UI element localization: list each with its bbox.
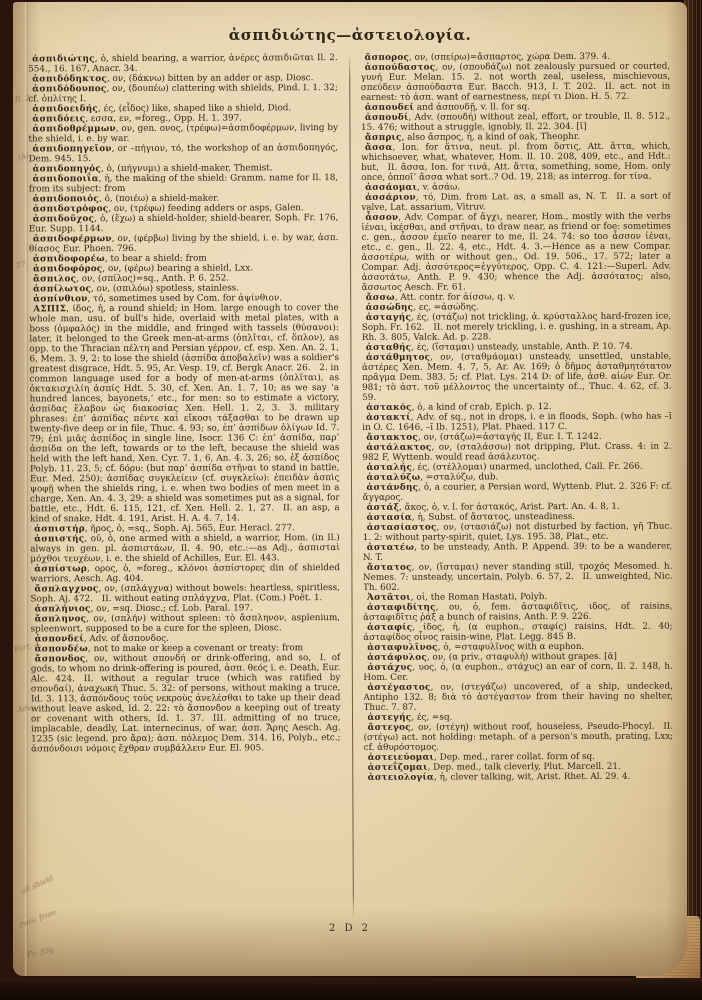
entry-text: , ον, (σπιλόω) spotless, stainless. (91, 283, 239, 294)
dictionary-entry: ἀσπούδαστος, ον, (σπουδάζω) not zealousl… (361, 62, 671, 103)
running-head: ἀσπιδιώτης—ἀστειολογία. (13, 26, 687, 44)
headword: Ἀστᾶτοι (367, 593, 411, 603)
headword: ἀσπιδοτρόφος (33, 204, 109, 214)
headword: ἀσπιστής (34, 534, 84, 544)
dictionary-entry: ἄστεγος, ον, (στέγη) without roof, house… (364, 722, 674, 753)
headword: ἀσσάομαι (365, 183, 417, 193)
headword: ἀστάφυλος (367, 653, 427, 663)
entry-text: , ἄκος, ὁ, v. l. for ἀστακός, Arist. Par… (399, 502, 620, 513)
headword: ἀστεγής (368, 713, 412, 723)
dictionary-entry: ἀσπιδοφέρμων, ον, (φέρβω) living by the … (29, 233, 339, 254)
headword: ἀσταλύζω (366, 473, 420, 483)
dictionary-entry: ἄσπλαγχνος, ον, (σπλάγχνα) without bowel… (30, 583, 340, 604)
headword: ΑΣΠΙΣ (33, 304, 66, 314)
headword: ἀσταγής (366, 313, 411, 323)
headword: ἀστειεύομαι (368, 753, 434, 763)
headword: ἀσταθής (366, 343, 411, 353)
dictionary-entry: ἀσπιδοποιΐα, ἡ, the making of the shield… (29, 173, 339, 194)
headword: ἀστεΐζομαι (368, 763, 428, 773)
entry-text: , ἡ, clever talking, wit, Arist. Rhet. A… (434, 772, 630, 783)
headword: ἄσπλαγχνος (34, 584, 98, 594)
left-column: ἀσπιδιώτης, ὁ, shield bearing, a warrior… (28, 53, 341, 920)
headword: ἀσταφυλῖνος (367, 643, 438, 653)
headword: ἄσπονδος (35, 654, 86, 664)
headword: ἄσσα (365, 143, 393, 153)
dictionary-entry: ἀσταγής, ές, (στάζω) not trickling, ἀ. κ… (362, 312, 672, 343)
entry-text: , v. ἀσάω. (417, 183, 460, 193)
headword: ἄσπιλος (33, 274, 76, 284)
entry-text: , ον, (φέρω) bearing a shield, Lxx. (102, 263, 253, 274)
entry-text: , ὁ, a kind of crab, Epich. p. 12. (412, 402, 552, 413)
text-columns: ἀσπιδιώτης, ὁ, shield bearing, a warrior… (13, 43, 687, 921)
headword: ἀσπιδοφορέω (33, 254, 105, 264)
entry-text: , =σταλύζω, dub. (420, 472, 498, 482)
headword: ἀσπιδιώτης (32, 54, 95, 64)
book-bottom-board (0, 978, 702, 1000)
dictionary-entry: ἀστάχυς, υος, ὁ, (α euphon., στάχυς) an … (363, 662, 673, 683)
headword: ἄσπρις (365, 133, 402, 143)
entry-text: , ὁ, (ποιέω) a shield-maker. (99, 194, 219, 205)
dictionary-entry: ἀστάλακτος, ον, (σταλάσσω) not dripping,… (362, 442, 672, 463)
headword: ἀσπιδοφόρος (33, 264, 102, 274)
headword: ἀσπίστωρ (34, 564, 87, 574)
dictionary-entry: ἀσπιδοθρέμμων, ον, gen. ονος, (τρέφω)=ἀσ… (28, 123, 338, 144)
headword: ἀσπουδεί (365, 103, 414, 113)
headword: ἀσσώδης (366, 303, 414, 313)
entry-text: , ον, without σπονδή or drink-offering, … (31, 653, 341, 754)
entry-text: , ον, =sq. Diosc.; cf. Lob. Paral. 197. (91, 603, 253, 614)
entry-text: and ἀσπουδῇ, v. ll. for sq. (414, 102, 530, 113)
headword: ἀσπιδοπηγεῖον (33, 144, 112, 154)
entry-text: , Adv. Compar. of ἄγχι, nearer, Hom., mo… (361, 212, 671, 293)
dictionary-entry: ἀστασίαστος, ον, (στασιάζω) not disturbe… (363, 522, 673, 543)
headword: ἀστακτί (366, 413, 411, 423)
entry-text: , ἡ, Subst. of ἄστατος, unsteadiness. (412, 512, 575, 523)
dictionary-entry: ἀστέγαστος, ον, (στεγάζω) uncovered, of … (363, 682, 673, 713)
headword: ἀστάλακτος (366, 443, 431, 453)
dictionary-entry: ἀστάθμητος, ον, (σταθμάομαι) unsteady, u… (362, 352, 672, 403)
headword: ἀσπονδεί (35, 634, 84, 644)
headword: ἀστασία (367, 513, 412, 523)
headword: ἀσπίλωτος (33, 284, 91, 294)
headword: ἀσπιδοφέρμων (33, 234, 112, 244)
lexicon-page: Il. 2.(Ai37.Part. A.Adv.all shieldrwis: … (13, 2, 687, 976)
headword: ἀστάνδης (367, 483, 419, 493)
dictionary-entry: ἀστάνδης, ὁ, a courier, a Persian word, … (363, 482, 673, 503)
headword: ἀστατέω (367, 543, 414, 553)
entry-text: , Dep. med., rarer collat. form of sq. (434, 752, 595, 763)
headword: ἀσπούδαστος (365, 63, 436, 73)
entry-text: , ίδος, ἡ, a round shield; in Hom. large… (29, 303, 339, 524)
entry-text: , Adv. of ἄσπονδος. (84, 634, 169, 644)
headword: ἀσπιδόδουπος (32, 84, 106, 94)
headword: ἀστακός (366, 403, 412, 413)
headword: ἀσσάριον (365, 193, 416, 203)
headword: ἀσπιδόδηκτος (32, 74, 107, 84)
dictionary-entry: ἄσσα, Ion. for ἅτινα, neut. pl. from ὅστ… (361, 142, 671, 183)
dictionary-entry: ἀσπιστής, οῦ, ὁ, one armed with a shield… (30, 533, 340, 564)
headword: ἄστατος (367, 563, 412, 573)
headword: ἀστέγαστος (367, 683, 430, 693)
dictionary-entry: ἄσπληνος, ον, (σπλήν) without spleen: τὸ… (31, 613, 341, 634)
dictionary-entry: ἀσταφιδίτης, ου, ὁ, fem. ἀσταφιδῖτις, ιδ… (363, 602, 673, 623)
entry-text: , to bear a shield: from (105, 254, 207, 264)
dictionary-entry: ἀστακτί, Adv. of sq., not in drops, i. e… (362, 412, 672, 433)
entry-text: , ές, =sq. (411, 713, 452, 723)
dictionary-entry: ἀσπιδοπηγεῖον, or –πήγιον, τό, the works… (29, 143, 339, 164)
headword: ἀσπλήνιος (35, 604, 91, 614)
headword: ἀσπονδέω (35, 644, 88, 654)
entry-text: , ὁ, =σταφυλῖνος with α euphon. (438, 642, 585, 653)
headword: ἀσπιδοθρέμμων (32, 124, 115, 134)
headword: ἄστεγος (368, 723, 411, 733)
book-photo: Il. 2.(Ai37.Part. A.Adv.all shieldrwis: … (0, 0, 702, 1000)
dictionary-entry: ἀσπιδιώτης, ὁ, shield bearing, a warrior… (28, 53, 338, 74)
column-divider-rule (349, 53, 354, 919)
headword: ἀσταφιδίτης (367, 603, 436, 613)
headword: ἀσπιδοποιΐα (33, 174, 99, 184)
headword: ἀσπίνθιον (33, 294, 87, 304)
headword: ἀσπιδοπηγός (33, 164, 101, 174)
dictionary-entry: ΑΣΠΙΣ, ίδος, ἡ, a round shield; in Hom. … (29, 303, 339, 524)
headword: ἄστακτος (366, 433, 418, 443)
headword: ἄσσω (366, 293, 395, 303)
dictionary-entry: ἆσσον, Adv. Compar. of ἄγχι, nearer, Hom… (361, 212, 671, 293)
headword: ἀσταφίς (367, 623, 412, 633)
dictionary-entry: ἀσπουδί, Adv. (σπουδή) without zeal, eff… (361, 112, 671, 133)
headword: ἆσσον (365, 213, 398, 223)
entry-text: , Ion. for ἅτινα, neut. pl. from ὅστις, … (361, 142, 671, 183)
dictionary-entry: ἀσταφίς, ίδος, ἡ, (α euphon., σταφίς) ra… (363, 622, 673, 643)
dictionary-entry: ἀσταλής, ές, (στέλλομαι) unarmed, unclot… (362, 462, 672, 473)
entry-text: , ες, =ἀσώδης. (413, 302, 478, 312)
dictionary-entry: ἀσπίστωρ, ορος, ὁ, =foreg., κλόνοι ἀσπίσ… (30, 563, 340, 584)
entry-text: , οἱ, the Roman Hastati, Polyb. (411, 592, 547, 603)
marginalia-fragment: Fr. 376 (27, 946, 55, 959)
headword: ἀσπιδοειδής (32, 104, 98, 114)
entry-text: , ές, (εἶδος) like, shaped like a shield… (98, 103, 291, 114)
entry-text: , εσσα, εν, =foreg., Opp. H. 1. 397. (85, 113, 242, 124)
entry-text: , ές, (στέλλομαι) unarmed, unclothed, Ca… (412, 462, 643, 473)
dictionary-entry: ἀστειολογία, ἡ, clever talking, wit, Ari… (364, 772, 674, 783)
right-column: ἄσπορος, ον, (σπείρω)=ἄσπαρτος, χώρα Dem… (361, 52, 674, 919)
entry-text: , ον, (στέγη) without roof, houseless, P… (364, 722, 674, 753)
headword: ἀσταλής (366, 463, 412, 473)
headword: ἀσπιδόεις (32, 114, 85, 124)
dictionary-entry: ἀστατέω, to be unsteady, Anth. P. Append… (363, 542, 673, 563)
dictionary-entry: ἄσπονδος, ον, without σπονδή or drink-of… (31, 653, 341, 754)
dictionary-entry: ἀσπιδοῦχος, ὁ, (ἔχω) a shield-holder, sh… (29, 213, 339, 234)
headword: ἀσπιδοῦχος (33, 214, 94, 224)
headword: ἀσπιδοποιός (33, 194, 99, 204)
entry-text: , ον, (σπίλος)=sq., Anth. P. 6. 252. (76, 274, 229, 285)
dictionary-entry: ἀσσάριον, τό, Dim. from Lat. as, a small… (361, 192, 671, 213)
signature-mark: 2 D 2 (13, 923, 687, 934)
headword: ἀσπιστήρ (34, 524, 85, 534)
headword: ἀστάχυς (367, 663, 412, 673)
headword: ἄσπληνος (35, 614, 87, 624)
headword: ἄσπορος (365, 53, 409, 63)
dictionary-entry: ἄστατος, ον, (ἵσταμαι) never standing st… (363, 562, 673, 593)
dictionary-entry: ἀσπιδόδουπος, ον, (δουπέω) clattering wi… (28, 83, 338, 104)
headword: ἀσπουδί (365, 113, 409, 123)
entry-text: , Att. contr. for ἀίσσω, q. v. (395, 292, 515, 303)
headword: ἀστασίαστος (367, 523, 437, 533)
headword: ἀστειολογία (368, 773, 434, 783)
headword: ἀστάθμητος (366, 353, 430, 363)
headword: ἀστάξ (367, 503, 399, 513)
